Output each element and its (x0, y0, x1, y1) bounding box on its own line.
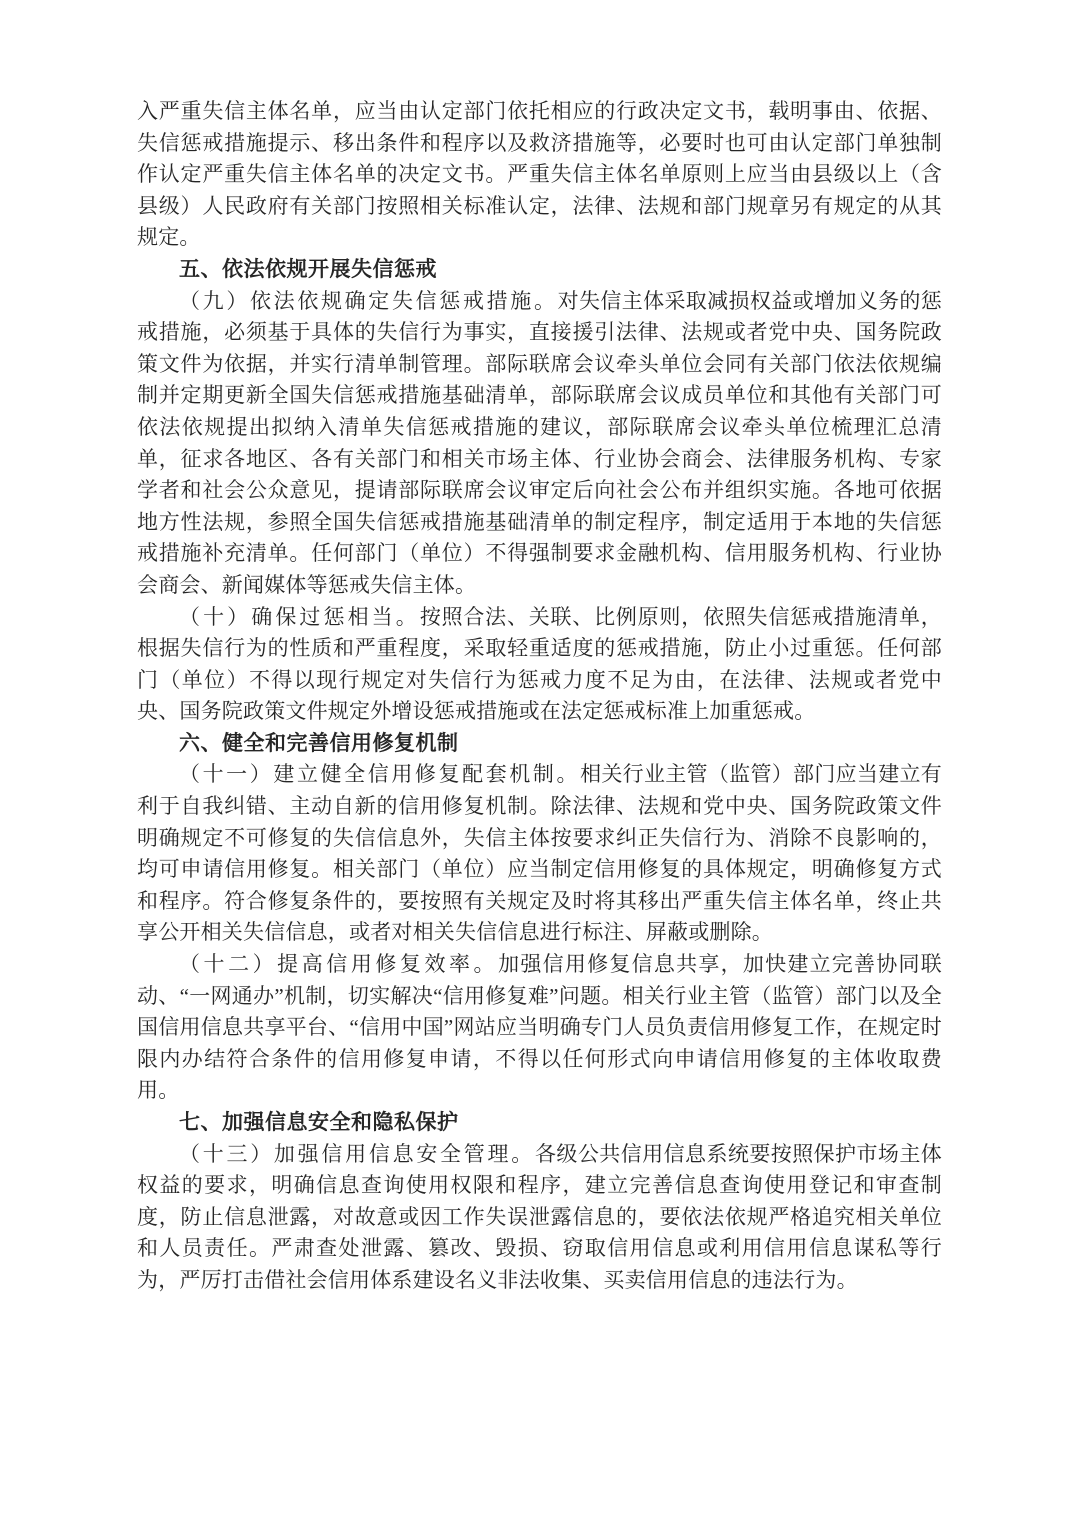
paragraph-lead: （十三）加强信用信息安全管理。 (179, 1142, 535, 1166)
paragraph-text: 对失信主体采取减损权益或增加义务的惩戒措施，必须基于具体的失信行为事实，直接援引… (137, 289, 942, 597)
paragraph: （十二）提高信用修复效率。加强信用修复信息共享，加快建立完善协同联动、“一网通办… (137, 949, 942, 1107)
section-heading: 七、加强信息安全和隐私保护 (137, 1107, 942, 1139)
paragraph: （十一）建立健全信用修复配套机制。相关行业主管（监管）部门应当建立有利于自我纠错… (137, 759, 942, 949)
paragraph: （十）确保过惩相当。按照合法、关联、比例原则，依照失信惩戒措施清单，根据失信行为… (137, 602, 942, 728)
paragraph-lead: （九）依法依规确定失信惩戒措施。 (179, 289, 558, 313)
section-heading-text: 六、健全和完善信用修复机制 (179, 732, 459, 755)
paragraph: （九）依法依规确定失信惩戒措施。对失信主体采取减损权益或增加义务的惩戒措施，必须… (137, 286, 942, 602)
section-heading: 五、依法依规开展失信惩戒 (137, 254, 942, 286)
paragraph: （十三）加强信用信息安全管理。各级公共信用信息系统要按照保护市场主体权益的要求，… (137, 1139, 942, 1297)
section-heading-text: 七、加强信息安全和隐私保护 (179, 1111, 459, 1134)
document-page: 入严重失信主体名单，应当由认定部门依托相应的行政决定文书，载明事由、依据、失信惩… (0, 0, 1074, 1520)
paragraph: 入严重失信主体名单，应当由认定部门依托相应的行政决定文书，载明事由、依据、失信惩… (137, 96, 942, 254)
paragraph-lead: （十）确保过惩相当。 (179, 605, 420, 629)
section-heading: 六、健全和完善信用修复机制 (137, 728, 942, 760)
section-heading-text: 五、依法依规开展失信惩戒 (179, 258, 437, 281)
paragraph-text: 相关行业主管（监管）部门应当建立有利于自我纠错、主动自新的信用修复机制。除法律、… (137, 762, 942, 944)
document-body: 入严重失信主体名单，应当由认定部门依托相应的行政决定文书，载明事由、依据、失信惩… (137, 96, 942, 1297)
paragraph-text: 入严重失信主体名单，应当由认定部门依托相应的行政决定文书，载明事由、依据、失信惩… (137, 99, 942, 249)
paragraph-lead: （十一）建立健全信用修复配套机制。 (179, 762, 580, 786)
paragraph-lead: （十二）提高信用修复效率。 (179, 952, 498, 976)
